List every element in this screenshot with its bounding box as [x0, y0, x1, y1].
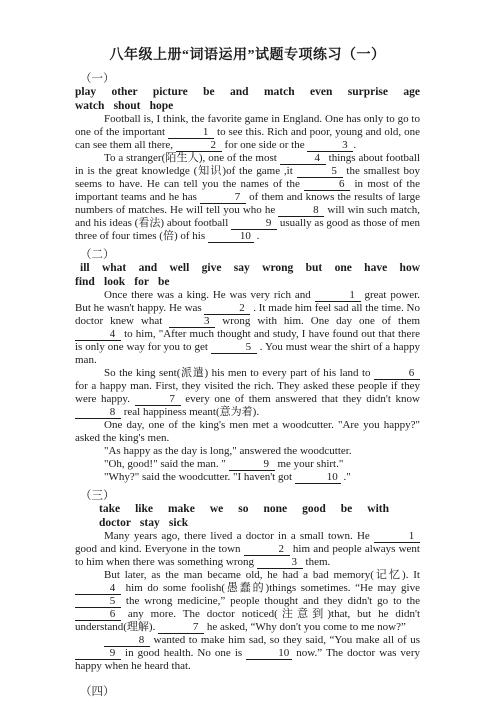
section-4: （四） — [75, 685, 420, 699]
blank-6: 6 — [374, 368, 420, 380]
blank-8: 8 — [75, 407, 121, 419]
section-2-word-bank-line-1: ill what and well give say wrong but one… — [75, 262, 420, 276]
section-1-word-bank-line-1: play other picture be and match even sur… — [75, 86, 420, 100]
page-title: 八年级上册“词语运用”试题专项练习（一） — [75, 44, 420, 64]
section-3-word-bank-line-1: take like make we so none good be with — [99, 503, 389, 517]
blank-1: 1 — [315, 290, 361, 302]
blank-9: 9 — [75, 648, 121, 660]
blank-7: 7 — [135, 394, 181, 406]
blank-6: 6 — [75, 609, 121, 621]
blank-9: 9 — [231, 218, 277, 230]
section-2-paragraph-1: Once there was a king. He was very rich … — [75, 289, 420, 367]
section-3: （三） take like make we so none good be wi… — [75, 489, 420, 673]
worksheet-page: 八年级上册“词语运用”试题专项练习（一） （一） play other pict… — [0, 0, 496, 702]
blank-1: 1 — [168, 127, 214, 139]
section-1-paragraph-1: Football is, I think, the favorite game … — [75, 113, 420, 152]
section-2-dialogue-line-1: "As happy as the day is long," answered … — [75, 445, 420, 458]
section-2-dialogue-line-3: "Why?" said the woodcutter. "I haven't g… — [75, 471, 420, 484]
blank-5: 5 — [211, 342, 257, 354]
blank-7: 7 — [200, 192, 246, 204]
section-1: （一） play other picture be and match even… — [75, 72, 420, 243]
blank-10: 10 — [295, 472, 341, 484]
blank-8: 8 — [278, 205, 324, 217]
blank-3: 3 — [307, 140, 353, 152]
blank-4: 4 — [280, 153, 326, 165]
section-2-paragraph-3: One day, one of the king's men met a woo… — [75, 419, 420, 445]
blank-4: 4 — [75, 583, 121, 595]
blank-3: 3 — [257, 557, 303, 569]
section-3-paragraph-2: But later, as the man became old, he had… — [75, 569, 420, 634]
section-3-paragraph-1: Many years ago, there lived a doctor in … — [75, 530, 420, 569]
blank-1: 1 — [374, 531, 420, 543]
section-3-word-bank-line-2: doctor stay sick — [99, 517, 420, 531]
blank-2: 2 — [176, 140, 222, 152]
blank-5: 5 — [297, 166, 343, 178]
blank-7: 7 — [158, 622, 204, 634]
section-1-word-bank-line-2: watch shout hope — [75, 100, 420, 114]
blank-5: 5 — [75, 596, 121, 608]
section-3-paragraph-3: 8 wanted to make him sad, so they said, … — [75, 634, 420, 673]
blank-8: 8 — [104, 635, 150, 647]
section-2-dialogue-line-2: "Oh, good!" said the man. " 9 me your sh… — [75, 458, 420, 471]
blank-10: 10 — [208, 231, 254, 243]
blank-10: 10 — [246, 648, 292, 660]
section-1-marker: （一） — [75, 72, 420, 86]
blank-4: 4 — [75, 329, 121, 341]
section-2-word-bank-line-2: find look for be — [75, 276, 420, 290]
section-1-paragraph-2: To a stranger(陌生人), one of the most 4 th… — [75, 152, 420, 243]
section-2-marker: （二） — [75, 248, 420, 262]
section-2-paragraph-2: So the king sent(派遣) his men to every pa… — [75, 367, 420, 419]
section-4-marker: （四） — [75, 685, 420, 699]
section-2: （二） ill what and well give say wrong but… — [75, 248, 420, 484]
blank-2: 2 — [244, 544, 290, 556]
blank-6: 6 — [304, 179, 350, 191]
blank-3: 3 — [169, 316, 215, 328]
blank-9: 9 — [229, 459, 275, 471]
section-3-marker: （三） — [75, 489, 420, 503]
blank-2: 2 — [204, 303, 250, 315]
